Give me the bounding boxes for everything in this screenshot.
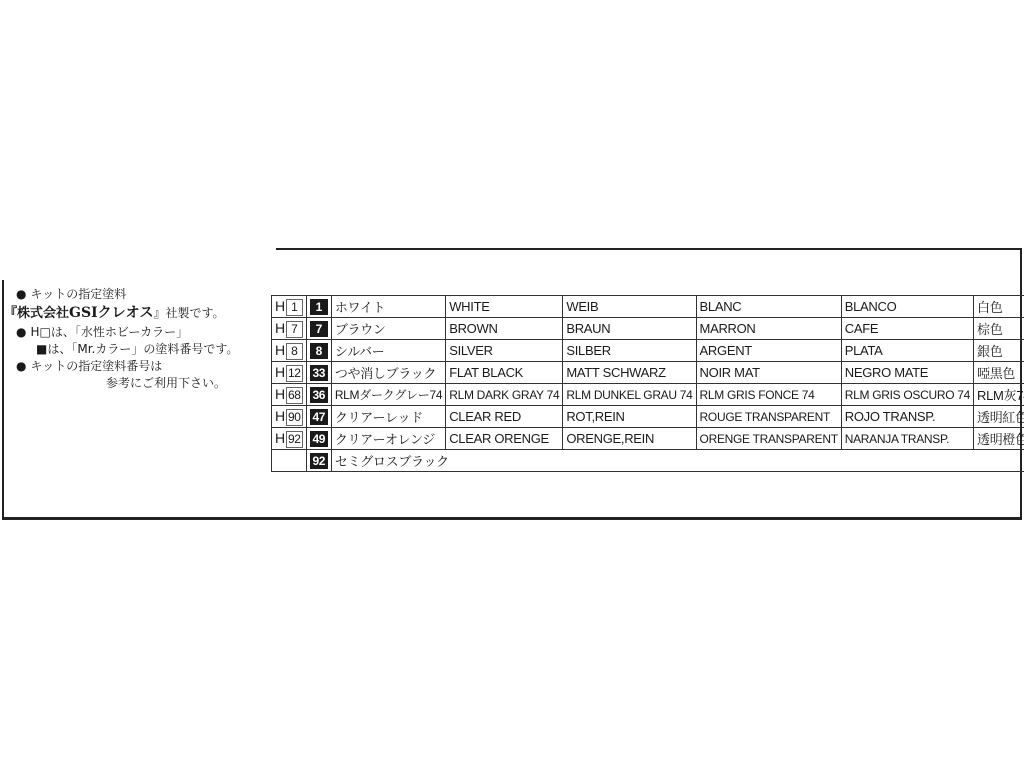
hobby-color-number: 12	[286, 365, 303, 382]
name-chinese: 透明紅色	[974, 406, 1024, 428]
name-spanish: CAFE	[841, 318, 973, 340]
hobby-color-cell: H68	[272, 384, 307, 406]
name-spanish: RLM GRIS OSCURO 74	[841, 384, 973, 406]
bullet-icon: ●	[16, 325, 26, 339]
name-japanese: クリアーレッド	[331, 406, 445, 428]
mr-color-number: 36	[310, 387, 328, 403]
name-spanish: NEGRO MATE	[841, 362, 973, 384]
paint-notes: ●キットの指定塗料 『株式会社GSIクレオス』社製です。 ●H□は、「水性ホビー…	[16, 286, 266, 392]
table-row: H8 8 シルバー SILVER SILBER ARGENT PLATA 銀色	[272, 340, 1024, 362]
note-line-3: ●H□は、「水性ホビーカラー」	[16, 324, 266, 341]
name-chinese: 棕色	[974, 318, 1024, 340]
name-english: FLAT BLACK	[446, 362, 563, 384]
hobby-color-number: 1	[286, 299, 303, 316]
bullet-icon: ●	[16, 359, 26, 373]
hobby-color-cell: H1	[272, 296, 307, 318]
mr-color-number: 7	[310, 321, 328, 337]
name-french: NOIR MAT	[696, 362, 841, 384]
hobby-color-number: 90	[286, 409, 303, 426]
mr-color-number: 8	[310, 343, 328, 359]
hobby-color-cell: H92	[272, 428, 307, 450]
note-line-1: ●キットの指定塗料	[16, 286, 266, 303]
hobby-color-number: 7	[286, 321, 303, 338]
bullet-icon: ●	[16, 287, 26, 301]
name-german: BRAUN	[563, 318, 696, 340]
table-row: 92 セミグロスブラック	[272, 450, 1024, 472]
mr-color-cell: 8	[306, 340, 331, 362]
mr-color-cell: 36	[306, 384, 331, 406]
table-row: H92 49 クリアーオレンジ CLEAR ORENGE ORENGE,REIN…	[272, 428, 1024, 450]
mr-color-number: 1	[310, 299, 328, 315]
note-line-4: ■は、「Mr.カラー」の塗料番号です。	[16, 341, 266, 358]
name-english: CLEAR ORENGE	[446, 428, 563, 450]
table-row: H1 1 ホワイト WHITE WEIB BLANC BLANCO 白色	[272, 296, 1024, 318]
table-row: H7 7 ブラウン BROWN BRAUN MARRON CAFE 棕色	[272, 318, 1024, 340]
name-german: ORENGE,REIN	[563, 428, 696, 450]
name-chinese: 銀色	[974, 340, 1024, 362]
name-chinese: 白色	[974, 296, 1024, 318]
mr-color-cell: 1	[306, 296, 331, 318]
name-english: BROWN	[446, 318, 563, 340]
mr-color-cell: 92	[306, 450, 331, 472]
name-japanese: ブラウン	[331, 318, 445, 340]
name-spanish: BLANCO	[841, 296, 973, 318]
name-german: ROT,REIN	[563, 406, 696, 428]
name-english: WHITE	[446, 296, 563, 318]
name-german: RLM DUNKEL GRAU 74	[563, 384, 696, 406]
table-row: H90 47 クリアーレッド CLEAR RED ROT,REIN ROUGE …	[272, 406, 1024, 428]
name-french: ROUGE TRANSPARENT	[696, 406, 841, 428]
hobby-color-number: 92	[286, 431, 303, 448]
name-german: WEIB	[563, 296, 696, 318]
hobby-color-number: 8	[286, 343, 303, 360]
mr-color-cell: 47	[306, 406, 331, 428]
table-row: H12 33 つや消しブラック FLAT BLACK MATT SCHWARZ …	[272, 362, 1024, 384]
name-french: MARRON	[696, 318, 841, 340]
mr-color-number: 49	[310, 431, 328, 447]
paint-color-table: H1 1 ホワイト WHITE WEIB BLANC BLANCO 白色 H7 …	[271, 295, 1024, 472]
table-row: H68 36 RLMダークグレー74 RLM DARK GRAY 74 RLM …	[272, 384, 1024, 406]
mr-color-cell: 49	[306, 428, 331, 450]
name-chinese: 透明橙色	[974, 428, 1024, 450]
name-japanese: つや消しブラック	[331, 362, 445, 384]
name-french: RLM GRIS FONCE 74	[696, 384, 841, 406]
name-chinese: 啞黒色	[974, 362, 1024, 384]
hobby-color-cell: H7	[272, 318, 307, 340]
mr-color-number: 92	[310, 453, 328, 469]
name-french: ORENGE TRANSPARENT	[696, 428, 841, 450]
hobby-color-cell-empty	[272, 450, 307, 472]
hobby-color-number: 68	[286, 387, 303, 404]
name-english: CLEAR RED	[446, 406, 563, 428]
hobby-color-cell: H8	[272, 340, 307, 362]
name-french: BLANC	[696, 296, 841, 318]
mr-color-number: 47	[310, 409, 328, 425]
name-japanese: セミグロスブラック	[331, 450, 1024, 472]
name-chinese: RLM灰74	[974, 384, 1024, 406]
note-line-6: 参考にご利用下さい。	[16, 375, 266, 392]
name-spanish: NARANJA TRANSP.	[841, 428, 973, 450]
hobby-color-cell: H12	[272, 362, 307, 384]
mr-color-cell: 33	[306, 362, 331, 384]
mr-color-number: 33	[310, 365, 328, 381]
name-french: ARGENT	[696, 340, 841, 362]
mr-color-cell: 7	[306, 318, 331, 340]
name-japanese: クリアーオレンジ	[331, 428, 445, 450]
brand-name: GSIクレオス	[69, 305, 153, 321]
name-japanese: RLMダークグレー74	[331, 384, 445, 406]
frame-border-top	[276, 248, 1022, 250]
note-line-5: ●キットの指定塗料番号は	[16, 358, 266, 375]
hobby-color-cell: H90	[272, 406, 307, 428]
name-english: RLM DARK GRAY 74	[446, 384, 563, 406]
name-japanese: シルバー	[331, 340, 445, 362]
name-german: MATT SCHWARZ	[563, 362, 696, 384]
note-line-2: 『株式会社GSIクレオス』社製です。	[4, 305, 266, 322]
name-english: SILVER	[446, 340, 563, 362]
frame-border-bottom	[2, 517, 1022, 520]
name-spanish: PLATA	[841, 340, 973, 362]
name-japanese: ホワイト	[331, 296, 445, 318]
name-german: SILBER	[563, 340, 696, 362]
name-spanish: ROJO TRANSP.	[841, 406, 973, 428]
